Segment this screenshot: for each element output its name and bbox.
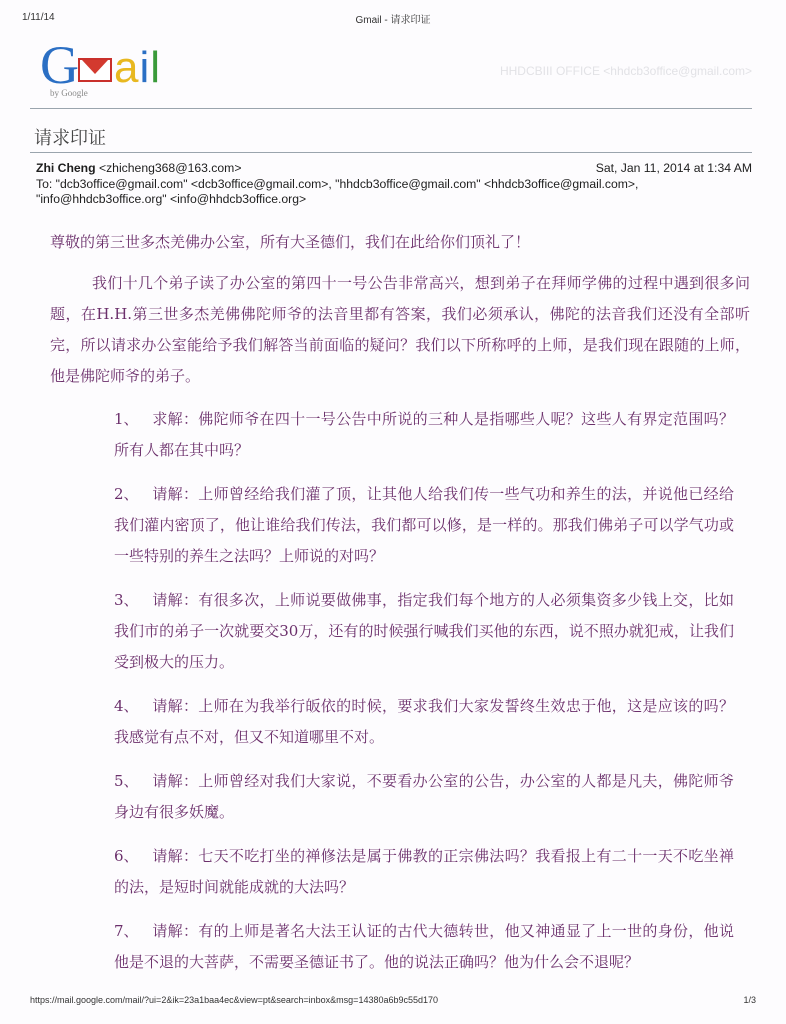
account-label: HHDCBIII OFFICE <hhdcb3office@gmail.com>: [500, 64, 752, 78]
question-item: 3、请解：有很多次，上师说要做佛事，指定我们每个地方的人必须集资多少钱上交，比如…: [114, 585, 734, 678]
question-text: 求解：佛陀师爷在四十一号公告中所说的三种人是指哪些人呢？这些人有界定范围吗？所有…: [114, 410, 734, 459]
question-number: 1、: [114, 404, 152, 435]
intro-paragraph: 我们十几个弟子读了办公室的第四十一号公告非常高兴，想到弟子在拜师学佛的过程中遇到…: [50, 268, 750, 392]
email-subject: 请求印证: [34, 124, 106, 150]
question-number: 7、: [114, 916, 152, 947]
by-google-label: by Google: [50, 88, 88, 98]
message-date: Sat, Jan 11, 2014 at 1:34 AM: [596, 161, 752, 177]
question-number: 2、: [114, 479, 152, 510]
question-text: 请解：有的上师是著名大法王认证的古代大德转世，他又神通显了上一世的身份，他说他是…: [114, 922, 734, 971]
question-number: 6、: [114, 841, 152, 872]
message-header: Zhi Cheng <zhicheng368@163.com> Sat, Jan…: [36, 161, 752, 208]
logo-letter-a: a: [114, 43, 139, 92]
sender-name: Zhi Cheng: [36, 161, 96, 175]
question-item: 4、请解：上师在为我举行皈依的时候，要求我们大家发誓终生效忠于他，这是应该的吗？…: [114, 691, 734, 753]
subject-divider: [30, 152, 752, 153]
greeting: 尊敬的第三世多杰羌佛办公室，所有大圣德们，我们在此给你们顶礼了！: [50, 230, 750, 254]
question-item: 1、求解：佛陀师爷在四十一号公告中所说的三种人是指哪些人呢？这些人有界定范围吗？…: [114, 404, 734, 466]
recipients-line-1: To: "dcb3office@gmail.com" <dcb3office@g…: [36, 177, 752, 193]
question-text: 请解：有很多次，上师说要做佛事，指定我们每个地方的人必须集资多少钱上交，比如我们…: [114, 591, 734, 671]
question-number: 4、: [114, 691, 152, 722]
logo-letter-i: i: [139, 43, 150, 92]
question-item: 2、请解：上师曾经给我们灌了顶，让其他人给我们传一些气功和养生的法，并说他已经给…: [114, 479, 734, 572]
envelope-icon: [78, 58, 112, 82]
page-url: https://mail.google.com/mail/?ui=2&ik=23…: [30, 995, 438, 1005]
question-item: 7、请解：有的上师是著名大法王认证的古代大德转世，他又神通显了上一世的身份，他说…: [114, 916, 734, 978]
print-title: Gmail - 请求印证: [0, 11, 786, 26]
print-header: 1/11/14 Gmail - 请求印证: [0, 10, 786, 26]
gmail-logo: G ail by Google: [40, 38, 180, 102]
question-item: 5、请解：上师曾经对我们大家说，不要看办公室的公告，办公室的人都是凡夫，佛陀师爷…: [114, 766, 734, 828]
header-divider: [30, 108, 752, 109]
question-text: 请解：上师曾经给我们灌了顶，让其他人给我们传一些气功和养生的法，并说他已经给我们…: [114, 485, 734, 565]
question-text: 请解：上师在为我举行皈依的时候，要求我们大家发誓终生效忠于他，这是应该的吗？我感…: [114, 697, 734, 746]
message-body: 尊敬的第三世多杰羌佛办公室，所有大圣德们，我们在此给你们顶礼了！ 我们十几个弟子…: [50, 230, 750, 978]
question-item: 6、请解：七天不吃打坐的禅修法是属于佛教的正宗佛法吗？我看报上有二十一天不吃坐禅…: [114, 841, 734, 903]
question-text: 请解：上师曾经对我们大家说，不要看办公室的公告，办公室的人都是凡夫，佛陀师爷身边…: [114, 772, 734, 821]
logo-letters-ail: ail: [114, 46, 161, 90]
logo-letter-g: G: [40, 38, 79, 92]
question-number: 5、: [114, 766, 152, 797]
sender-email: <zhicheng368@163.com>: [99, 161, 241, 175]
recipients-line-2: "info@hhdcb3office.org" <info@hhdcb3offi…: [36, 192, 752, 208]
logo-letter-l: l: [150, 43, 161, 92]
question-number: 3、: [114, 585, 152, 616]
page-number: 1/3: [743, 995, 756, 1005]
question-text: 请解：七天不吃打坐的禅修法是属于佛教的正宗佛法吗？我看报上有二十一天不吃坐禅的法…: [114, 847, 734, 896]
